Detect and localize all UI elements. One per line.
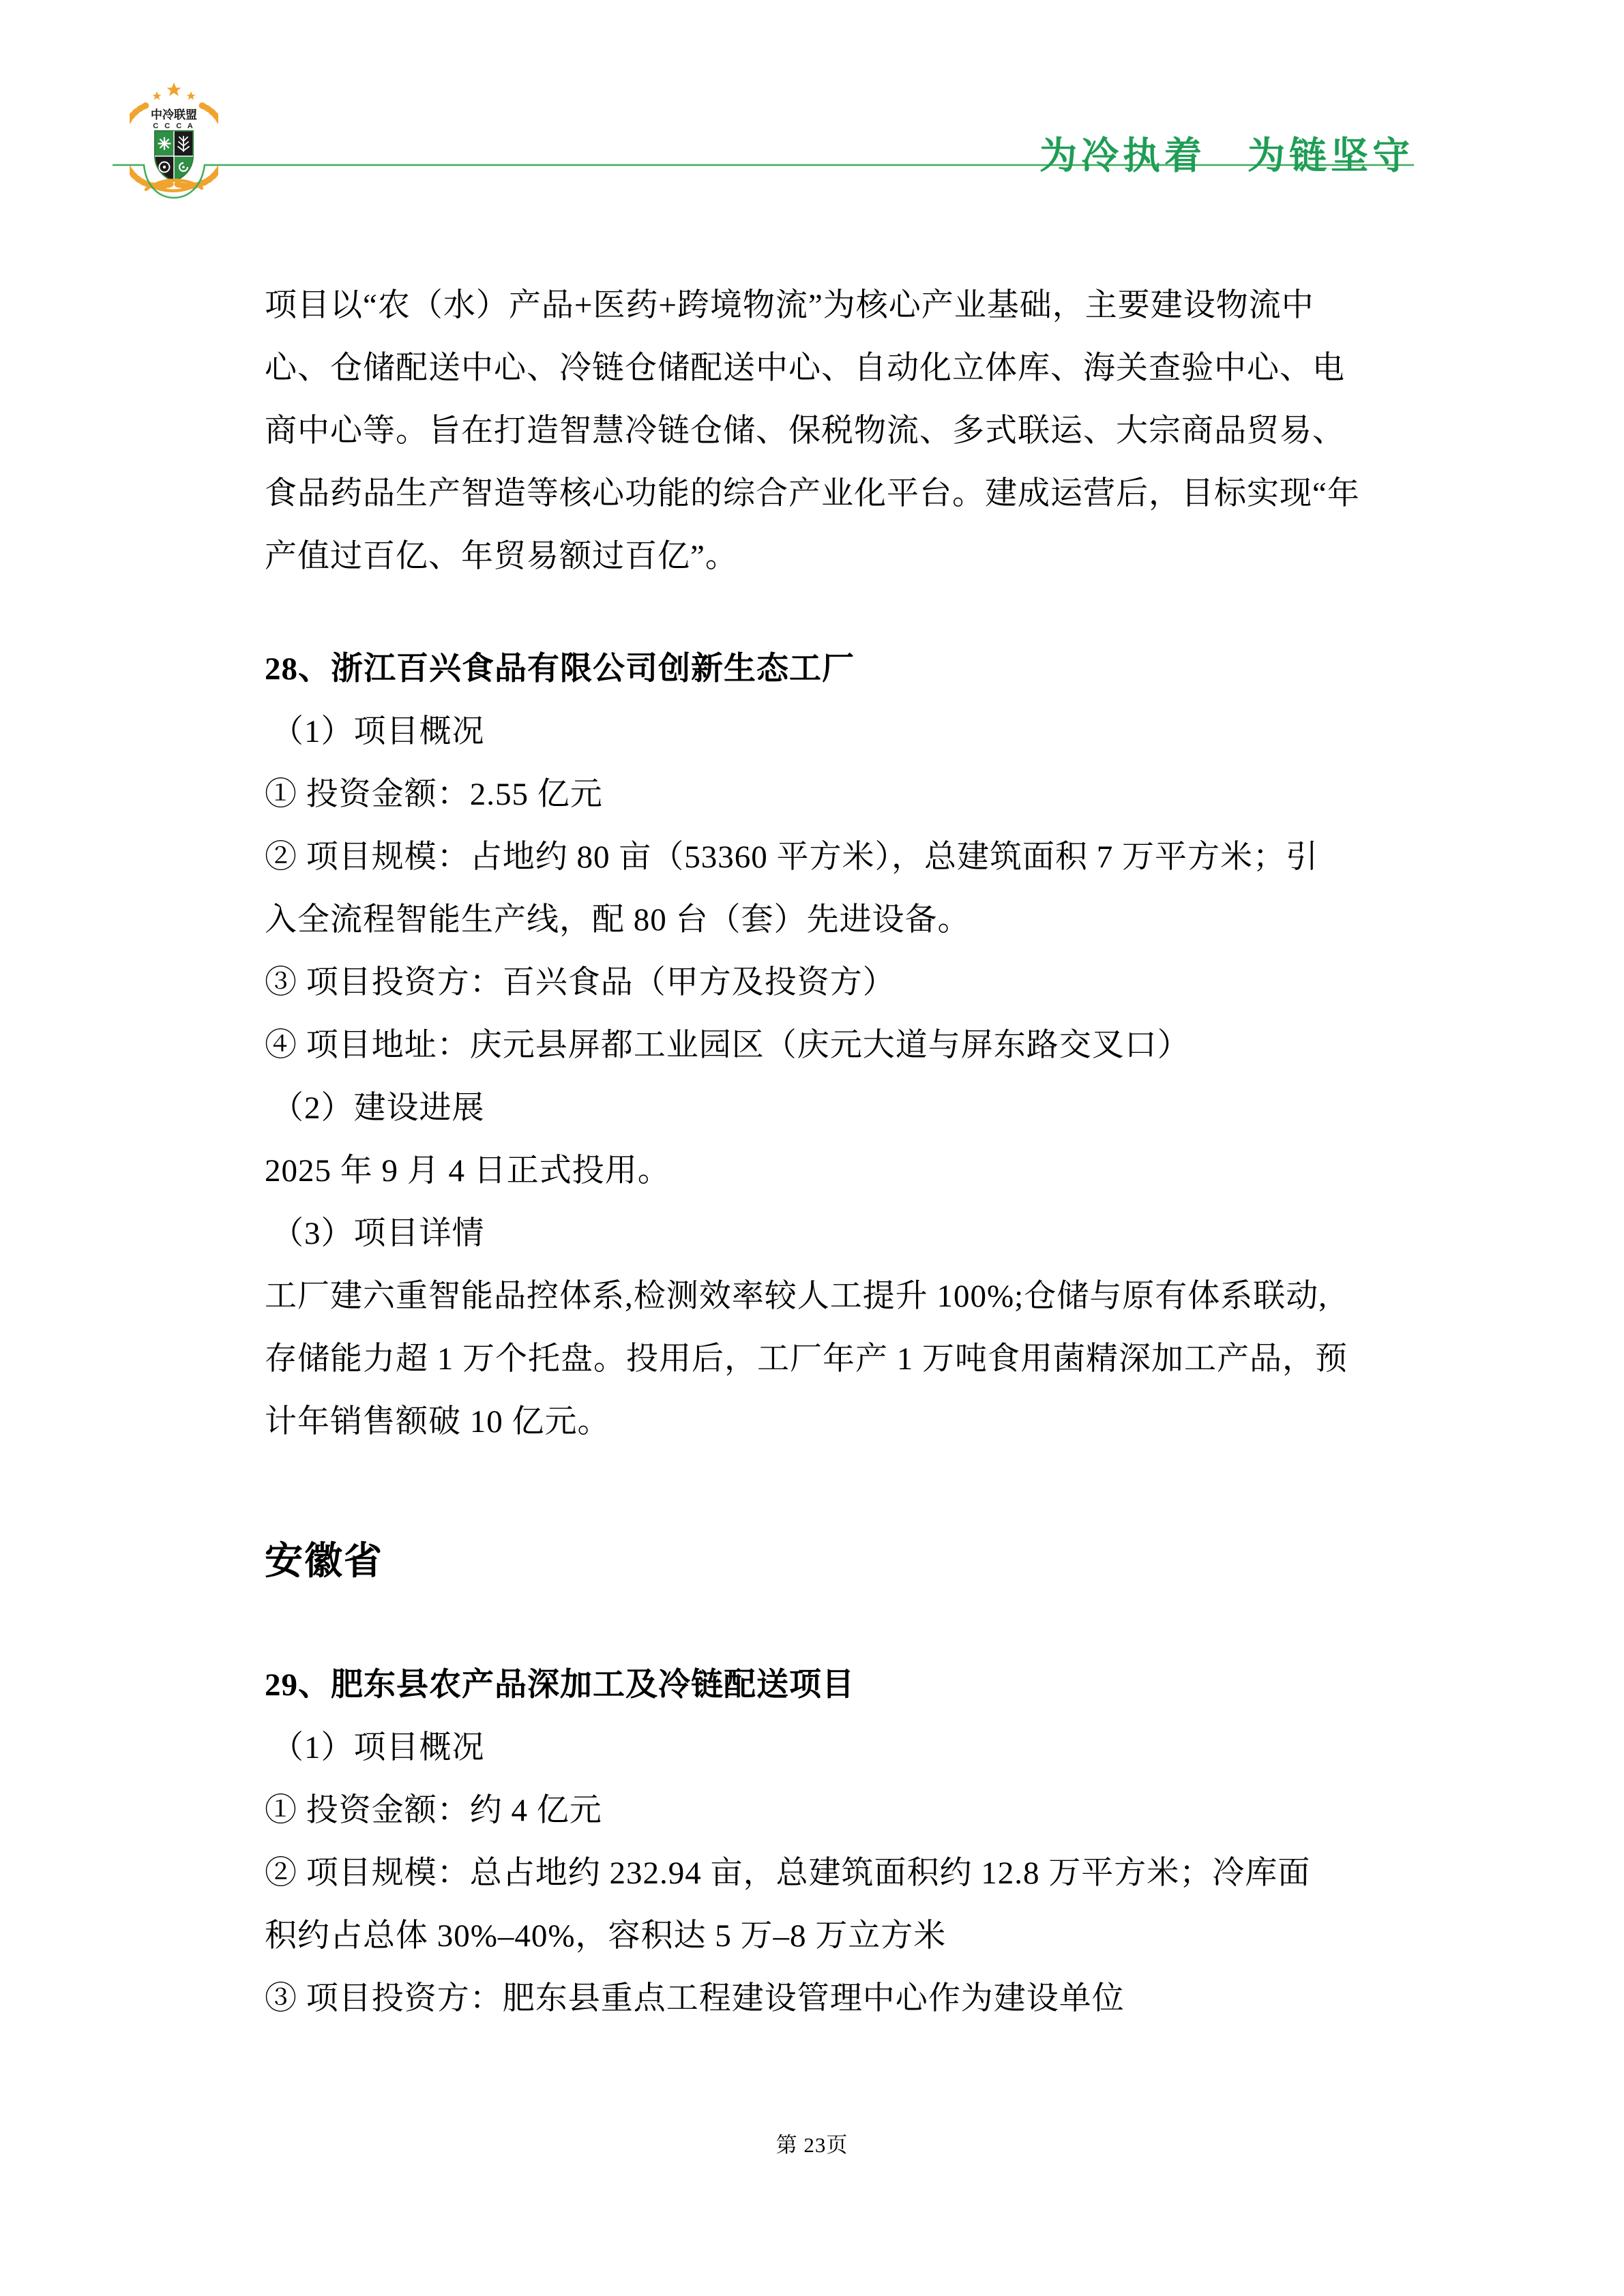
text-line: 存储能力超 1 万个托盘。投用后，工厂年产 1 万吨食用菌精深加工产品，预	[265, 1343, 1348, 1375]
text-line: ② 项目规模：总占地约 232.94 亩，总建筑面积约 12.8 万平方米；冷库…	[265, 1858, 1310, 1890]
text-line: ③ 项目投资方：百兴食品（甲方及投资方）	[265, 967, 896, 999]
header-slogan: 为冷执着 为链坚守	[1039, 125, 1414, 179]
section-28-heading: 28、浙江百兴食品有限公司创新生态工厂	[265, 653, 855, 685]
section-29-heading: 29、肥东县农产品深加工及冷链配送项目	[265, 1669, 855, 1701]
text-line: ② 项目规模：占地约 80 亩（53360 平方米），总建筑面积 7 万平方米；…	[265, 841, 1318, 874]
text-line: ① 投资金额：约 4 亿元	[265, 1795, 602, 1827]
text-line: 项目以“农（水）产品+医药+跨境物流”为核心产业基础，主要建设物流中	[265, 290, 1314, 322]
text-line: 产值过百亿、年贸易额过百亿”。	[265, 541, 738, 573]
text-line: （2）建设进展	[271, 1092, 485, 1124]
text-line: 商中心等。旨在打造智慧冷链仓储、保税物流、多式联运、大宗商品贸易、	[265, 415, 1345, 447]
text-line: 食品药品生产智造等核心功能的综合产业化平台。建成运营后，目标实现“年	[265, 478, 1360, 510]
text-line: ④ 项目地址：庆元县屏都工业园区（庆元大道与屏东路交叉口）	[265, 1030, 1190, 1062]
logo-org-cn: 中冷联盟	[151, 108, 197, 121]
text-line: 工厂建六重智能品控体系,检测效率较人工提升 100%;仓储与原有体系联动,	[265, 1281, 1327, 1313]
logo-org-en: C C C A	[153, 122, 195, 130]
stars-icon	[141, 83, 207, 108]
document-page: 中冷联盟 C C C A	[0, 0, 1624, 2296]
text-line: 心、仓储配送中心、冷链仓储配送中心、自动化立体库、海关查验中心、电	[265, 353, 1345, 385]
page-number: 第 23页	[0, 2128, 1624, 2158]
text-line: ③ 项目投资方：肥东县重点工程建设管理中心作为建设单位	[265, 1983, 1125, 2015]
text-line: （1）项目概况	[271, 716, 485, 748]
text-line: 积约占总体 30%–40%，容积达 5 万–8 万立方米	[265, 1920, 946, 1952]
text-line: （1）项目概况	[271, 1732, 485, 1764]
text-line: ① 投资金额：2.55 亿元	[265, 779, 603, 811]
text-line: 计年销售额破 10 亿元。	[265, 1406, 610, 1438]
province-heading: 安徽省	[265, 1542, 383, 1581]
text-line: 入全流程智能生产线，配 80 台（套）先进设备。	[265, 904, 971, 936]
snowflake-icon	[159, 138, 171, 149]
text-line: （3）项目详情	[271, 1218, 485, 1250]
text-line: 2025 年 9 月 4 日正式投用。	[265, 1155, 670, 1187]
